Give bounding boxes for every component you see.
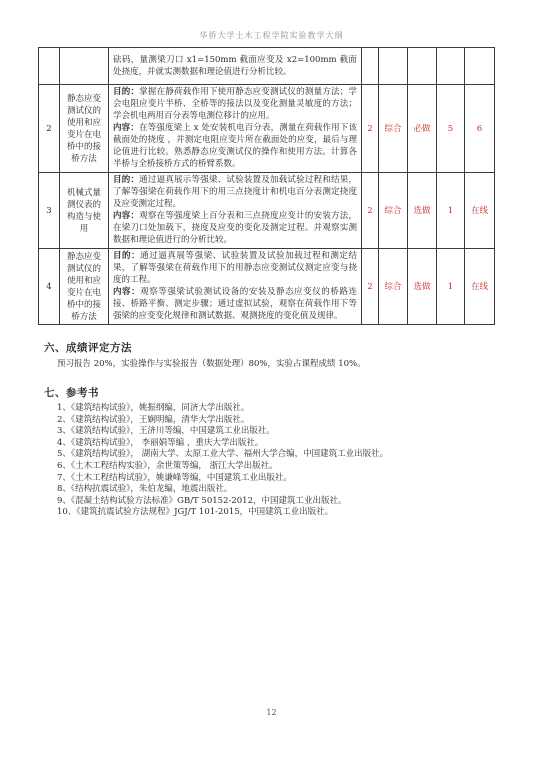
table-row-experiment-4: 4 静态应变测试仪的使用和应变片在电桥中的接桥方法 目的：通过逼真展等强梁、试验… — [39, 249, 495, 325]
cell-type — [379, 48, 408, 85]
reference-item: 4、《建筑结构试验》， 李丽娟等编 ，重庆大学出版社。 — [57, 438, 513, 450]
cell-hours: 2 — [362, 85, 379, 173]
cell-groups: 1 — [437, 173, 465, 249]
references-list: 1、《建筑结构试验》，姚振纲编，同济大学出版社。 2、《建筑结构试验》，王娴明编… — [57, 403, 513, 519]
cell-no: 2 — [39, 85, 60, 173]
cell-capacity: 6 — [465, 85, 495, 173]
table-row-experiment-3: 3 机械式量测仪表的构造与使用 目的：通过逼真展示等强梁、试验装置及加载试验过程… — [39, 173, 495, 249]
content-text: 观察在等强度梁上百分表和三点挠度应变计的安装方法，在梁刀口处加载下，挠度及应变的… — [113, 211, 357, 245]
cell-name: 机械式量测仪表的构造与使用 — [60, 173, 109, 249]
grading-section-body: 预习报告 20%，实验操作与实验报告（数据处理）80%，实验占课程成绩 10%。 — [57, 358, 503, 370]
page-number: 12 — [0, 708, 543, 717]
cell-capacity: 在线 — [465, 173, 495, 249]
content-label: 内容： — [113, 287, 140, 297]
reference-item: 2、《建筑结构试验》，王娴明编，清华大学出版社。 — [57, 415, 513, 427]
cell-hours: 2 — [362, 249, 379, 325]
reference-item: 5、《建筑结构试验》， 湖南大学、太原工业大学、福州大学合编，中国建筑工业出版社… — [57, 449, 513, 461]
cell-groups — [437, 48, 465, 85]
cell-hours — [362, 48, 379, 85]
cell-requirement — [408, 48, 437, 85]
purpose-text: 通过逼真展示等强梁、试验装置及加载试验过程和结果，了解等强梁在荷载作用下的用三点… — [113, 175, 357, 209]
reference-item: 7、《土木工程结构试验》，姚谦峰等编，中国建筑工业出版社。 — [57, 473, 513, 485]
cell-requirement: 选做 — [408, 249, 437, 325]
purpose-text: 掌握在静荷载作用下使用静态应变测试仪的测量方法；学会电阻应变片半桥、全桥等的接法… — [113, 87, 357, 121]
cell-name — [60, 48, 109, 85]
cell-capacity: 在线 — [465, 249, 495, 325]
content-label: 内容： — [113, 211, 139, 221]
cell-groups: 1 — [437, 249, 465, 325]
grading-section-heading: 六、成绩评定方法 — [44, 340, 543, 355]
reference-item: 9、《混凝土结构试验方法标准》GB/T 50152-2012，中国建筑工业出版社… — [57, 496, 513, 508]
cell-groups: 5 — [437, 85, 465, 173]
cell-no — [39, 48, 60, 85]
content-text: 观察等强梁试验测试设备的安装及静态应变仪的桥路连接、桥路平衡、测定步骤；通过虚拟… — [113, 287, 357, 321]
cell-type: 综合 — [379, 173, 408, 249]
cell-type: 综合 — [379, 85, 408, 173]
cell-content: 目的：通过逼真展等强梁、试验装置及试验加载过程和测定结果，了解等强梁在荷载作用下… — [109, 249, 362, 325]
references-section-heading: 七、参考书 — [44, 385, 543, 400]
content-label: 内容： — [113, 123, 139, 133]
reference-item: 1、《建筑结构试验》，姚振纲编，同济大学出版社。 — [57, 403, 513, 415]
purpose-label: 目的： — [113, 175, 139, 185]
cell-name: 静态应变测试仪的使用和应变片在电桥中的接桥方法 — [60, 249, 109, 325]
content-text: 在等强度梁上 x 处安装机电百分表，测量在荷载作用下该截面处的挠度 ，并测定电阻… — [113, 123, 357, 169]
reference-item: 3、《建筑结构试验》，王济川等编，中国建筑工业出版社。 — [57, 426, 513, 438]
reference-item: 8、《结构抗震试验》，朱伯龙编，地震出版社。 — [57, 484, 513, 496]
cell-hours: 2 — [362, 173, 379, 249]
continuation-text: 砝码，量测梁刀口 x1=150mm 截面应变及 x2=100mm 截面处挠度，并… — [113, 55, 357, 77]
table-row-continuation: 砝码，量测梁刀口 x1=150mm 截面应变及 x2=100mm 截面处挠度，并… — [39, 48, 495, 85]
cell-requirement: 选做 — [408, 173, 437, 249]
document-page: 华侨大学土木工程学院实验教学大纲 砝码，量测梁刀口 x1=150mm 截面应变及… — [0, 0, 543, 768]
cell-capacity — [465, 48, 495, 85]
table-row-experiment-2: 2 静态应变测试仪的使用和应变片在电桥中的接桥方法 目的：掌握在静荷载作用下使用… — [39, 85, 495, 173]
cell-requirement: 必做 — [408, 85, 437, 173]
cell-content: 砝码，量测梁刀口 x1=150mm 截面应变及 x2=100mm 截面处挠度，并… — [109, 48, 362, 85]
cell-type: 综合 — [379, 249, 408, 325]
cell-no: 3 — [39, 173, 60, 249]
cell-name: 静态应变测试仪的使用和应变片在电桥中的接桥方法 — [60, 85, 109, 173]
purpose-label: 目的： — [113, 251, 140, 261]
cell-content: 目的：通过逼真展示等强梁、试验装置及加载试验过程和结果，了解等强梁在荷载作用下的… — [109, 173, 362, 249]
reference-item: 6、《土木工程结构实验》，余世策等编， 浙江大学出版社。 — [57, 461, 513, 473]
cell-no: 4 — [39, 249, 60, 325]
document-header: 华侨大学土木工程学院实验教学大纲 — [0, 0, 543, 41]
experiment-schedule-table: 砝码，量测梁刀口 x1=150mm 截面应变及 x2=100mm 截面处挠度，并… — [38, 47, 495, 325]
reference-item: 10、《建筑抗震试验方法规程》JGJ/T 101-2015，中国建筑工业出版社。 — [57, 507, 513, 519]
purpose-text: 通过逼真展等强梁、试验装置及试验加载过程和测定结果，了解等强梁在荷载作用下的用静… — [113, 251, 357, 285]
cell-content: 目的：掌握在静荷载作用下使用静态应变测试仪的测量方法；学会电阻应变片半桥、全桥等… — [109, 85, 362, 173]
purpose-label: 目的： — [113, 87, 139, 97]
